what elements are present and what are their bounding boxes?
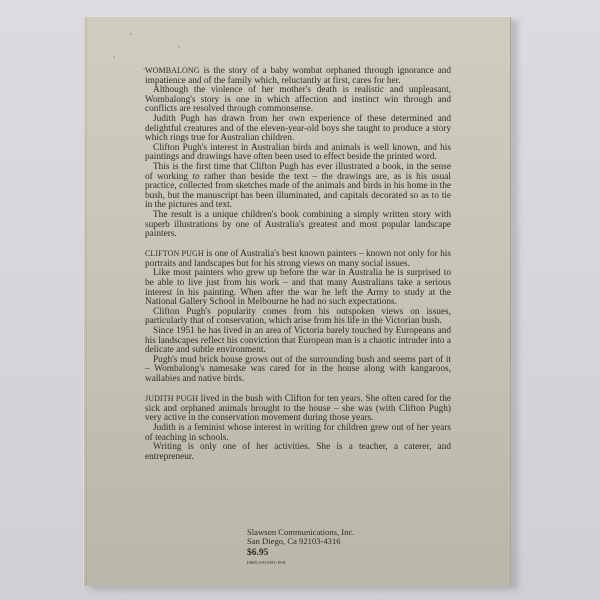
clifton-bio-paragraph: CLIFTON PUGH is one of Australia's best … bbox=[145, 249, 451, 269]
back-cover-text: WOMBALONG is the story of a baby wombat … bbox=[145, 66, 451, 462]
clifton-bio-paragraph: Pugh's mud brick house grows out of the … bbox=[145, 356, 451, 385]
blurb-paragraph: Clifton Pugh's interest in Australian bi… bbox=[145, 144, 451, 163]
paper-speck bbox=[113, 56, 115, 58]
paper-speck bbox=[178, 46, 180, 48]
blurb-paragraph: Judith Pugh has drawn from her own exper… bbox=[145, 115, 451, 144]
publisher-info: Slawson Communications, Inc. San Diego, … bbox=[247, 528, 354, 566]
paper-speck bbox=[130, 33, 132, 35]
clifton-name-caps: CLIFTON PUGH bbox=[145, 249, 204, 258]
judith-bio-paragraph: Judith is a feminist whose interest in w… bbox=[145, 424, 451, 443]
clifton-bio-paragraph: Clifton Pugh's popularity comes from his… bbox=[145, 308, 451, 327]
price: $6.95 bbox=[247, 547, 354, 559]
judith-bio-paragraph: Writing is only one of her activities. S… bbox=[145, 443, 451, 462]
blurb-paragraph: This is the first time that Clifton Pugh… bbox=[145, 163, 451, 211]
blurb-paragraph: WOMBALONG is the story of a baby wombat … bbox=[145, 66, 451, 86]
blurb-paragraph: Although the violence of her mother's de… bbox=[145, 86, 451, 115]
book-title-caps: WOMBALONG bbox=[145, 66, 200, 75]
clifton-bio-paragraph: Like most painters who grew up before th… bbox=[145, 269, 451, 307]
book-back-cover: WOMBALONG is the story of a baby wombat … bbox=[83, 16, 511, 586]
publisher-address: San Diego, Ca 92103-4316 bbox=[247, 537, 354, 546]
judith-bio-paragraph: JUDITH PUGH lived in the bush with Clift… bbox=[145, 394, 451, 424]
blurb-paragraph: The result is a unique children's book c… bbox=[145, 211, 451, 240]
isbn: ISBN 0-915391-19-8 bbox=[247, 559, 354, 566]
judith-name-caps: JUDITH PUGH bbox=[145, 394, 198, 403]
clifton-bio-paragraph: Since 1951 he has lived in an area of Vi… bbox=[145, 327, 451, 356]
